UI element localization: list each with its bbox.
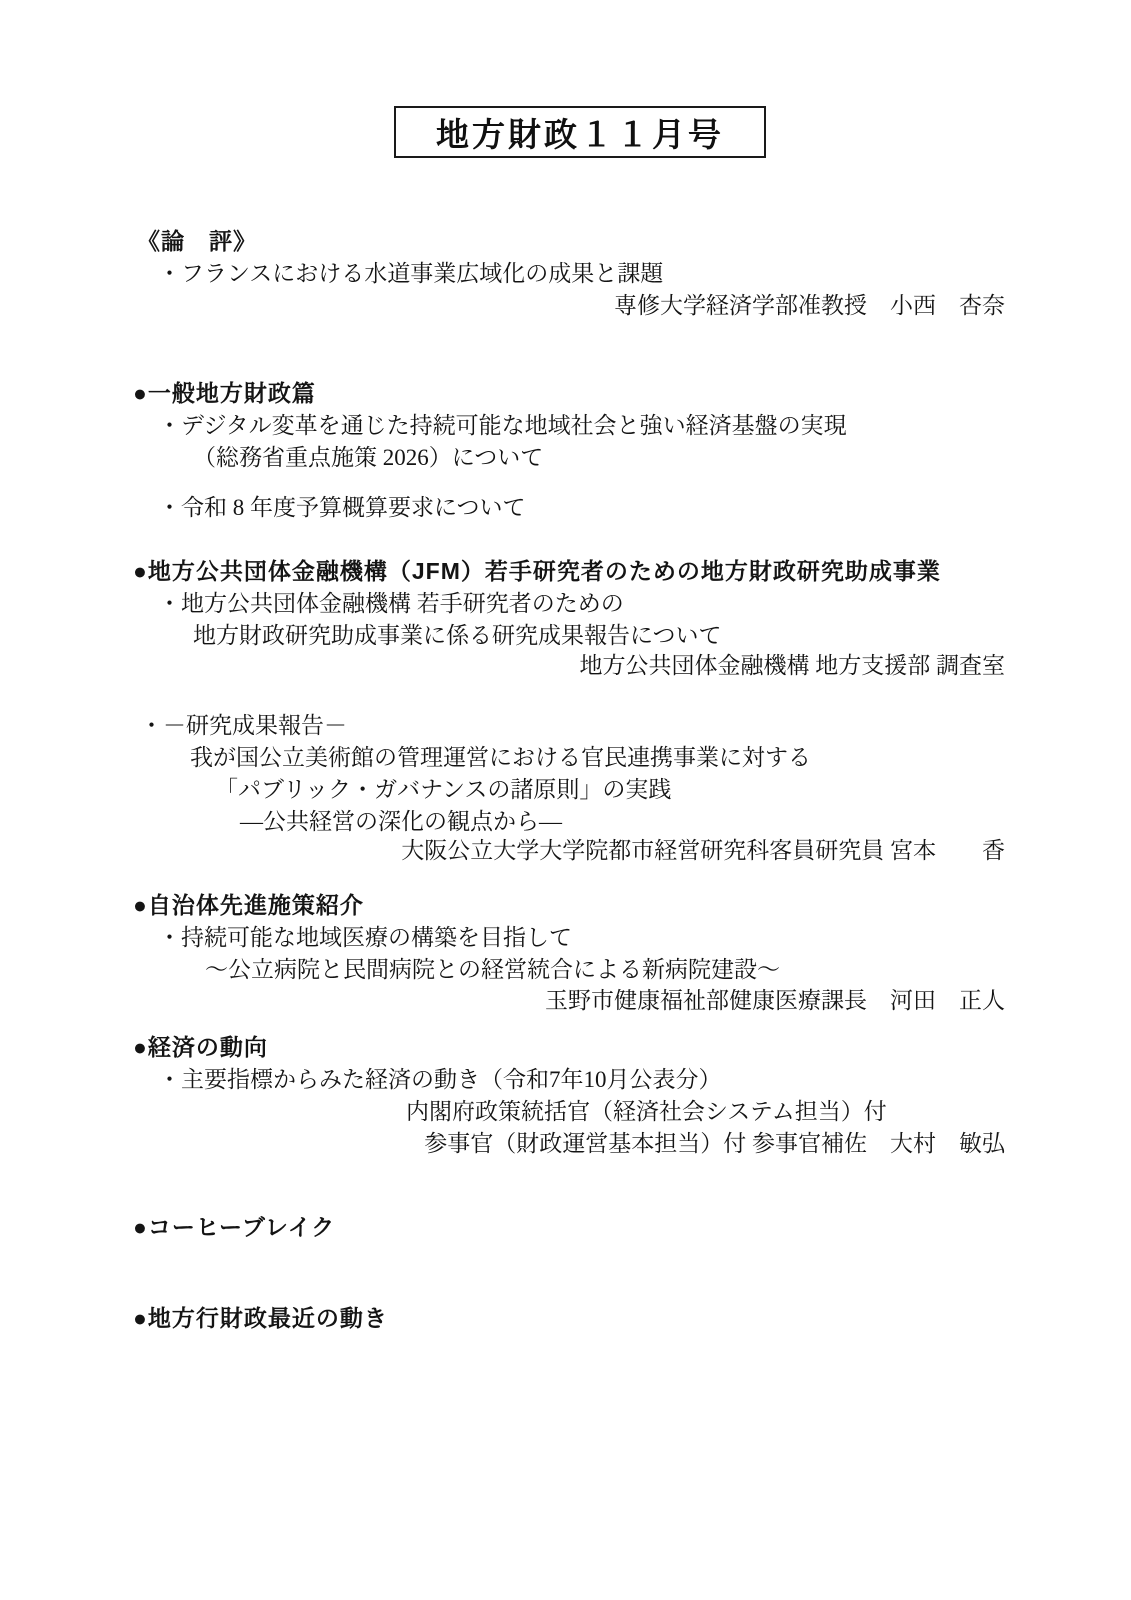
toc-item-kenkyu-seika-line4: ―公共経営の深化の観点から―: [240, 807, 562, 837]
section-heading-ippan-chihozaisei: ●一般地方財政篇: [133, 378, 316, 408]
issue-title-box: 地方財政１１月号: [394, 106, 766, 158]
author-line-naikakufu: 内閣府政策統括官（経済社会システム担当）付: [406, 1097, 887, 1127]
issue-title: 地方財政１１月号: [436, 109, 724, 156]
toc-item-chiiki-iryo-line2: ～公立病院と民間病院との経営統合による新病院建設～: [205, 955, 780, 985]
author-line-omura: 参事官（財政運営基本担当）付 参事官補佐 大村 敏弘: [424, 1129, 1005, 1159]
author-line-jfm-chosashitsu: 地方公共団体金融機構 地方支援部 調査室: [580, 651, 1006, 681]
author-line-kawada: 玉野市健康福祉部健康医療課長 河田 正人: [545, 986, 1005, 1016]
section-heading-jichitai-shisaku: ●自治体先進施策紹介: [133, 890, 364, 920]
toc-item-shuyo-shihyo: ・主要指標からみた経済の動き（令和7年10月公表分）: [158, 1065, 722, 1095]
toc-item-kenkyu-seika-line1: ・－研究成果報告－: [140, 711, 347, 741]
toc-item-france-water: ・フランスにおける水道事業広域化の成果と課題: [158, 259, 663, 289]
section-heading-coffee-break: ●コーヒーブレイク: [133, 1212, 335, 1242]
toc-item-kenkyu-seika-line3: 「パブリック・ガバナンスの諸原則」の実践: [215, 775, 671, 805]
toc-item-kenkyu-seika-line2: 我が国公立美術館の管理運営における官民連携事業に対する: [190, 743, 811, 773]
toc-item-reiwa8-yosan: ・令和 8 年度予算概算要求について: [158, 493, 526, 523]
author-line-miyamoto: 大阪公立大学大学院都市経営研究科客員研究員 宮本 香: [401, 836, 1005, 866]
toc-item-digital-henkaku-line2: （総務省重点施策 2026）について: [193, 443, 543, 473]
document-page: 地方財政１１月号 《論 評》 ・フランスにおける水道事業広域化の成果と課題 専修…: [0, 0, 1131, 1600]
section-heading-jfm-josei: ●地方公共団体金融機構（JFM）若手研究者のための地方財政研究助成事業: [133, 556, 941, 586]
author-line-konishi: 専修大学経済学部准教授 小西 杏奈: [614, 291, 1005, 321]
toc-item-jfm-line2: 地方財政研究助成事業に係る研究成果報告について: [193, 621, 722, 651]
section-heading-hyoron: 《論 評》: [137, 227, 257, 257]
toc-item-jfm-line1: ・地方公共団体金融機構 若手研究者のための: [158, 589, 624, 619]
section-heading-keizai-doko: ●経済の動向: [133, 1032, 268, 1062]
section-heading-chiho-gyozaisei: ●地方行財政最近の動き: [133, 1303, 388, 1333]
toc-item-chiiki-iryo-line1: ・持続可能な地域医療の構築を目指して: [158, 923, 572, 953]
toc-item-digital-henkaku-line1: ・デジタル変革を通じた持続可能な地域社会と強い経済基盤の実現: [158, 411, 847, 441]
